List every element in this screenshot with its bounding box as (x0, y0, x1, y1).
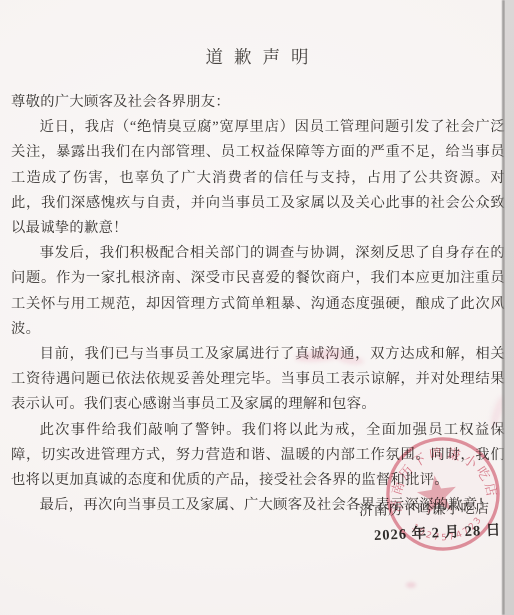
ink-smudge (406, 582, 416, 588)
paragraph-resolution: 目前，我们已与当事员工及家属进行了真诚沟通，双方达成和解，相关工资待遇问题已依法… (11, 342, 505, 418)
scan-edge-margin (505, 0, 514, 615)
page-title: 道歉声明 (0, 44, 514, 69)
paragraph-reflection: 事发后，我们积极配合相关部门的调查与协调，深刻反思了自身存在的问题。作为一家扎根… (11, 241, 505, 342)
scanned-apology-letter: 道歉声明 尊敬的广大顾客及社会各界朋友： 近日，我店（“绝情臭豆腐”宽厚里店）因… (0, 0, 514, 615)
official-seal-stamp: 济南历下鸣谦小吃店 1027574723 (376, 427, 509, 560)
salutation: 尊敬的广大顾客及社会各界朋友： (11, 90, 505, 115)
paragraph-incident: 近日，我店（“绝情臭豆腐”宽厚里店）因员工管理问题引发了社会广泛关注，暴露出我们… (11, 115, 505, 241)
